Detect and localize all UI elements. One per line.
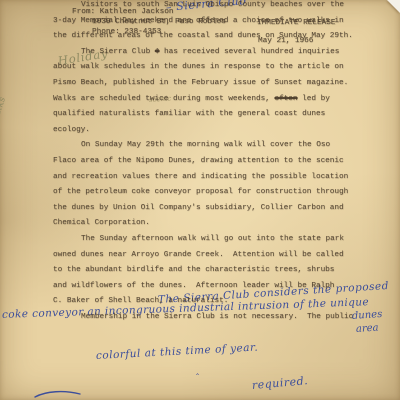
typed-line-p1-l1: Visitors to south San Luis Obispo County… bbox=[0, 0, 400, 16]
typed-line-p2-l2: about walk schedules in the dunes in res… bbox=[0, 62, 400, 78]
typed-line-p3-l6: Chemical Corporation. bbox=[0, 218, 400, 234]
typed-line-p2-l3: Pismo Beach, published in the February i… bbox=[0, 78, 400, 94]
typed-line-p3-l3: and recreation values there and indicati… bbox=[0, 172, 400, 188]
typed-line-p1-l2: 3-day Memorial Day weekend are offered a… bbox=[0, 16, 400, 32]
typed-line-p3-l5: the dunes by Union Oil Company's subsidi… bbox=[0, 203, 400, 219]
typed-line-p2-l6: ecology. bbox=[0, 125, 400, 141]
insertion-caret-mark: ‸ bbox=[196, 366, 199, 376]
typed-line-p4-l5: C. Baker of Shell Beach, a naturalist. bbox=[0, 296, 400, 312]
handwritten-colorful-insert: colorful at this time of year. bbox=[96, 342, 259, 362]
typed-line-p4-l2: owned dunes near Arroyo Grande Creek. At… bbox=[0, 250, 400, 266]
typed-line-p1-l3: the different areas of the coastal sand … bbox=[0, 31, 400, 47]
press-release-document: From: Kathleen Jackson 1039 Chestnut St,… bbox=[0, 0, 400, 400]
handwritten-required-insert: required. bbox=[251, 374, 308, 392]
typed-line-p4-l1: The Sunday afternoon walk will go out in… bbox=[0, 234, 400, 250]
typed-line-p2-l1: The Sierra Club ¢ has received several h… bbox=[0, 47, 400, 63]
typed-body: Visitors to south San Luis Obispo County… bbox=[0, 0, 400, 327]
typed-line-p4-l3: to the abundant birdlife and the charact… bbox=[0, 265, 400, 281]
typed-line-p3-l4: of the petroleum coke conveyor proposal … bbox=[0, 187, 400, 203]
typed-line-p2-l5: qualified naturalists familiar with the … bbox=[0, 109, 400, 125]
typed-line-p3-l2: Flaco area of the Nipomo Dunes, drawing … bbox=[0, 156, 400, 172]
typed-line-p4-l4: and wildflowers of the dunes. Afternoon … bbox=[0, 281, 400, 297]
typed-line-p3-l1: On Sunday May 29th the morning walk will… bbox=[0, 140, 400, 156]
handwritten-margin-stroke bbox=[34, 388, 82, 400]
typed-line-p2-l4: Walks are scheduled twice during most we… bbox=[0, 94, 400, 110]
typed-line-p5-l1: Membership in the Sierra Club is not nec… bbox=[0, 312, 400, 328]
